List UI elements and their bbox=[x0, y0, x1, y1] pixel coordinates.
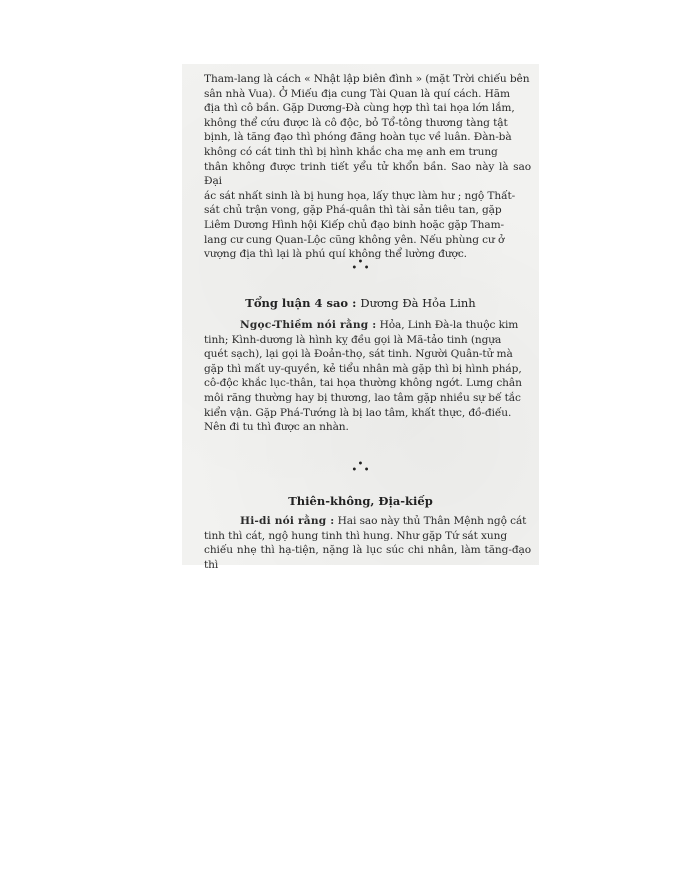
text-line: sân nhà Vua). Ở Miếu địa cung Tài Quan l… bbox=[204, 88, 510, 100]
paragraph-ngoc-thiem: Ngọc-Thiềm nói rằng : Hỏa, Linh Đà-la th… bbox=[204, 318, 531, 435]
lead-phrase: Hi-di nói rằng : bbox=[240, 515, 334, 527]
text-line: Nên đi tu thì được an nhàn. bbox=[204, 421, 349, 433]
text-line: tinh; Kình-dương là hình kỵ đều gọi là M… bbox=[204, 334, 501, 346]
text-line: kiển vận. Gặp Phá-Tướng là bị lao tâm, k… bbox=[204, 407, 511, 419]
text-line: Tham-lang là cách « Nhật lập biên đình »… bbox=[204, 73, 529, 85]
section-heading-thien-khong: Thiên-không, Địa-kiếp bbox=[182, 494, 539, 508]
text-line: cô-độc khắc lục-thân, tai họa thường khô… bbox=[204, 377, 522, 389]
text-line: thân không được trinh tiết yểu tử khổn b… bbox=[204, 161, 531, 188]
section-heading-tong-luan: Tổng luận 4 sao : Dương Đà Hỏa Linh bbox=[182, 296, 539, 310]
lead-phrase: Ngọc-Thiềm nói rằng : bbox=[240, 319, 376, 331]
text-line: địa thì cô bần. Gặp Dương-Đà cùng hợp th… bbox=[204, 102, 515, 114]
text-line: Hỏa, Linh Đà-la thuộc kim bbox=[380, 319, 519, 331]
heading-rest: Dương Đà Hỏa Linh bbox=[360, 296, 475, 310]
text-line: gặp thì mất uy-quyền, kẻ tiểu nhân mà gặ… bbox=[204, 363, 522, 375]
text-line: vượng địa thì lại là phú quí không thể l… bbox=[204, 248, 467, 260]
paragraph-tham-lang: Tham-lang là cách « Nhật lập biên đình »… bbox=[204, 72, 531, 262]
text-line: bịnh, là tăng đạo thì phóng đãng hoàn tụ… bbox=[204, 131, 512, 143]
heading-text: Thiên-không, Địa-kiếp bbox=[288, 494, 433, 508]
text-line: lang cư cung Quan-Lộc cũng không yên. Nế… bbox=[204, 234, 504, 246]
text-line: quét sạch), lại gọi là Đoản-thọ, sát tin… bbox=[204, 348, 513, 360]
text-line: không thể cứu được là cô độc, bỏ Tổ-tông… bbox=[204, 117, 508, 129]
heading-bold: Tổng luận 4 sao : bbox=[245, 296, 356, 310]
text-line: sát chủ trận vong, gặp Phá-quân thì tài … bbox=[204, 204, 502, 216]
section-separator: •• • bbox=[182, 260, 539, 272]
section-separator: •• • bbox=[182, 462, 539, 474]
text-line: môi răng thường hay bị thương, lao tâm g… bbox=[204, 392, 521, 404]
paragraph-hi-di: Hi-di nói rằng : Hai sao này thủ Thân Mệ… bbox=[204, 514, 531, 572]
text-line: chiếu nhẹ thì hạ-tiện, nặng là lục súc c… bbox=[204, 544, 531, 571]
text-line: tinh thì cát, ngộ hung tinh thì hung. Nh… bbox=[204, 530, 507, 542]
text-line: Liêm Dương Hình hội Kiếp chủ đạo binh ho… bbox=[204, 219, 504, 231]
scanned-page: Tham-lang là cách « Nhật lập biên đình »… bbox=[182, 64, 539, 565]
text-line: Hai sao này thủ Thân Mệnh ngộ cát bbox=[338, 515, 527, 527]
text-line: không có cát tinh thì bị hình khắc cha m… bbox=[204, 146, 498, 158]
text-line: ác sát nhất sinh là bị hung họa, lấy thự… bbox=[204, 190, 515, 202]
